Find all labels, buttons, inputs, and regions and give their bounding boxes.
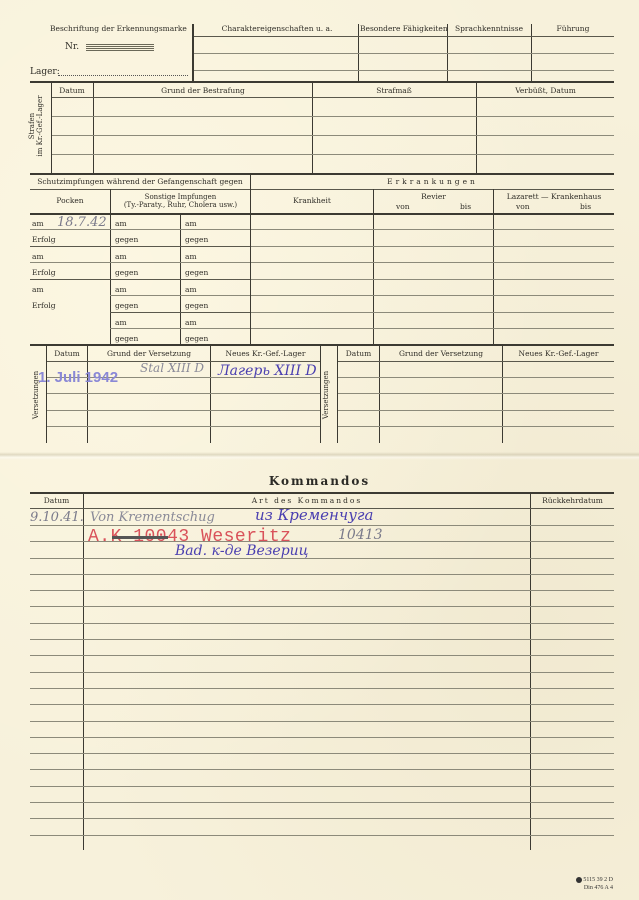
kommando-row-line [30,753,614,754]
strafen-col-strafmass: Strafmaß [313,87,475,95]
revier-bis-label: bis [460,203,471,211]
col-charakter: Charaktereigenschaften u. a. [196,25,358,33]
versetzung-lager-handwritten: Лагерь XIII D [218,364,317,378]
print-mark-icon [576,877,582,883]
vers-right-col-datum: Datum [338,350,379,358]
impf-r4-b: am [115,286,127,294]
impf-r4-a: am [32,286,44,294]
lazarett-label: Lazarett — Krankenhaus [494,193,614,201]
impf-r1-b: gegen [115,236,138,244]
kommando-row-line [30,688,614,689]
lazarett-von-label: von [516,203,530,211]
kommando-row-line [30,802,614,803]
strafen-col-grund: Grund der Bestrafung [94,87,312,95]
impf-r3-c: gegen [185,269,208,277]
vers-left-col-datum: Datum [47,350,87,358]
impf-r5-b: gegen [115,302,138,310]
vers-right-col-lager: Neues Kr.-Gef.-Lager [503,350,614,358]
impf-r1-c: gegen [185,236,208,244]
kommando-row-line [30,737,614,738]
kommando-art-pencil: Von Krementschug [90,511,215,524]
impf-r5-c: gegen [185,302,208,310]
kommandos-title: Kommandos [0,474,639,488]
nr-label: Nr. [65,43,79,52]
revier-label: Revier [374,193,493,201]
impf-r2-b: am [115,253,127,261]
impf-r4-c: am [185,286,197,294]
impf-r2-a: am [32,253,44,261]
kommandos-col-datum: Datum [30,497,83,505]
revier-von-label: von [396,203,410,211]
kommando-datum-handwritten: 9.10.41. [30,511,84,524]
impf-r3-b: gegen [115,269,138,277]
kommando-row-line [30,655,614,656]
impf-r0-b: am [115,220,127,228]
vers-left-col-lager: Neues Kr.-Gef.-Lager [211,350,320,358]
lager-label: Lager: [30,68,60,77]
col-sprachen: Sprachkenntnisse [449,25,529,33]
pocken-label: Pocken [30,197,110,205]
impf-r7-b: gegen [115,335,138,343]
kommando-art-ink: из Кременчуга [255,508,373,523]
impf-r7-c: gegen [185,335,208,343]
erkrankungen-title: Erkrankungen [251,178,614,186]
impfungen-title: Schutzimpfungen während der Gefangenscha… [30,178,250,186]
kommando-row-line [30,721,614,722]
kommando-row-line [30,639,614,640]
paper-fold [0,452,639,460]
versetzungen-side-label-right: Versetzungen [323,365,333,425]
impf-r1-a: Erfolg [32,236,56,244]
strafen-col-datum: Datum [52,87,92,95]
impf-r3-a: Erfolg [32,269,56,277]
kommando-row-line [30,835,614,836]
col-fuehrung: Führung [533,25,613,33]
lazarett-bis-label: bis [580,203,591,211]
impf-r6-b: am [115,319,127,327]
kommando-row-line [30,525,614,526]
impf-r6-c: am [185,319,197,327]
lager-field[interactable] [58,75,188,76]
impf-r0-c: am [185,220,197,228]
impf-r0-a: am [32,220,44,228]
kommandos-col-art: Art des Kommandos [84,497,530,505]
vers-right-col-grund: Grund der Versetzung [380,350,502,358]
kommando-row-line [30,606,614,607]
versetzung-date-stamp: 1. Juli 1942 [38,370,118,385]
kommando-row-line [30,786,614,787]
kommando-number-pencil: 10413 [338,528,383,542]
kommando-row-line [30,818,614,819]
vers-left-col-grund: Grund der Versetzung [88,350,210,358]
erkennungsmarke-label: Beschriftung der Erkennungsmarke [50,25,170,33]
kommando-art-ink-2: Bad. к-де Везериц [175,544,308,558]
sonstige-label: Sonstige Impfungen(Ty.-Paraty., Ruhr, Ch… [111,193,250,210]
document-sheet: Beschriftung der Erkennungsmarke Nr. Lag… [0,0,639,900]
impf-r2-c: am [185,253,197,261]
kommando-row-line [30,704,614,705]
strafen-col-verbuesst: Verbüßt, Datum [477,87,614,95]
nr-redacted-lines [86,44,154,52]
kommando-row-line [30,769,614,770]
kommando-row-line [30,558,614,559]
pocken-date-handwritten: 18.7.42 [57,216,107,229]
kommando-row-line [30,574,614,575]
col-faehigkeiten: Besondere Fähigkeiten [360,25,446,33]
kommando-row-line [30,590,614,591]
krankheit-label: Krankheit [251,197,373,205]
print-code: 5115 39 2 D Din 476 A 4 [576,876,613,893]
strafen-side-label: Strafenim Kr.-Gef.-Lager [29,92,51,160]
kommando-row-line [30,623,614,624]
versetzung-grund-handwritten: Stal XIII D [140,362,204,374]
kommandos-col-rueckkehr: Rückkehrdatum [531,497,614,505]
stamp-strikethrough [112,536,168,539]
kommando-row-line [30,672,614,673]
impf-r5-a: Erfolg [32,302,56,310]
